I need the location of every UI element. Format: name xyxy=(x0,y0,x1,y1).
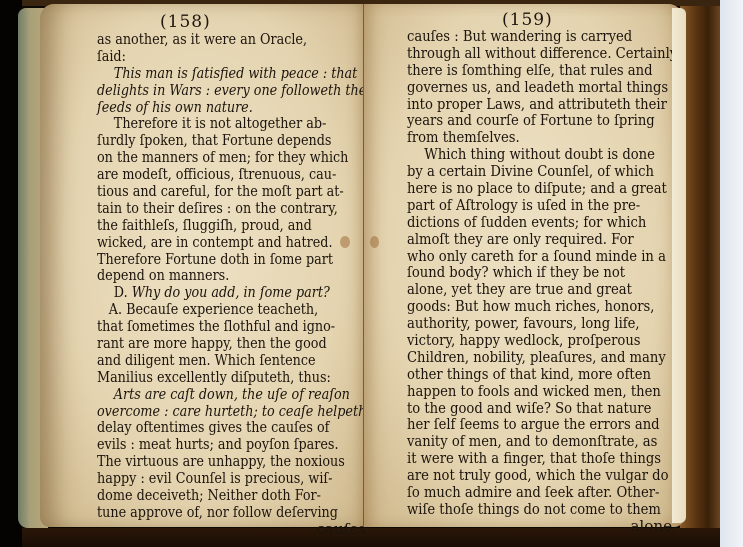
text-line: it were with a finger, that thoſe things xyxy=(407,450,677,467)
text-line: and diligent men. Which ſentence xyxy=(97,352,371,369)
text-line: ſeeds of his own nature. xyxy=(97,99,371,116)
text-line: years and courſe of Fortune to ſpring xyxy=(407,112,677,129)
right-page: (159) cauſes : But wandering is carryed … xyxy=(364,4,684,527)
text-line: ſaid: xyxy=(97,48,371,65)
text-line: into proper Laws, and attributeth their xyxy=(407,96,677,113)
text-line: there is ſomthing elſe, that rules and xyxy=(407,62,677,79)
text-line: wicked, are in contempt and hatred. xyxy=(97,234,371,251)
text-line: dome deceiveth; Neither doth For- xyxy=(97,487,371,504)
text-line: here is no place to diſpute; and a great xyxy=(407,180,677,197)
question-line: D. Why do you add, in ſome part? xyxy=(97,284,371,301)
text-line: happy : evil Counſel is precious, wiſ- xyxy=(97,470,371,487)
paper-stain xyxy=(370,236,379,248)
question-text: Why do you add, in ſome part? xyxy=(132,283,330,301)
left-page: (158) as another, as it were an Oracle, … xyxy=(40,4,365,527)
text-line: alone, yet they are true and great xyxy=(407,281,677,298)
text-line: This man is ſatisfied with peace : that xyxy=(97,65,371,82)
text-line: almoſt they are only required. For xyxy=(407,231,677,248)
text-line: The virtuous are unhappy, the noxious xyxy=(97,453,371,470)
text-line: tious and careful, for the moſt part at- xyxy=(97,183,371,200)
text-line: Therefore Fortune doth in ſome part xyxy=(97,251,371,268)
text-line: tain to their deſires : on the contrary, xyxy=(97,200,371,217)
text-line: the faithleſs, ſluggiſh, proud, and xyxy=(97,217,371,234)
text-line: by a certain Divine Counſel, of which xyxy=(407,163,677,180)
text-line: goods: But how much riches, honors, xyxy=(407,298,677,315)
text-line: tune approve of, nor follow deſerving xyxy=(97,504,371,521)
text-line: dictions of ſudden events; for which xyxy=(407,214,677,231)
text-line: on the manners of men; for they which xyxy=(97,149,371,166)
text-line: overcome : care hurteth; to ceaſe helpet… xyxy=(97,403,371,420)
text-line: who only careth for a ſound minde in a xyxy=(407,248,677,265)
text-line: victory, happy wedlock, proſperous xyxy=(407,332,677,349)
text-line: from themſelves. xyxy=(407,129,677,146)
page-fold-edge xyxy=(672,8,686,523)
text-line: through all without difference. Certainl… xyxy=(407,45,677,62)
text-line: evils : meat hurts; and poyſon ſpares. xyxy=(97,436,371,453)
text-line: that ſometimes the ſlothful and igno- xyxy=(97,318,371,335)
text-line: authority, power, favours, long life, xyxy=(407,315,677,332)
text-line: to the good and wiſe? So that nature xyxy=(407,400,677,417)
text-line: are not truly good, which the vulgar do xyxy=(407,467,677,484)
text-line: happen to fools and wicked men, then xyxy=(407,383,677,400)
text-line: delay oftentimes gives the cauſes of xyxy=(97,419,371,436)
text-line: Arts are caſt down, the uſe of reaſon xyxy=(97,386,371,403)
text-line: Children, nobility, pleaſures, and many xyxy=(407,349,677,366)
page-number: (158) xyxy=(160,12,211,32)
text-line: as another, as it were an Oracle, xyxy=(97,31,371,48)
question-label: D. xyxy=(114,283,128,301)
catchword: cauſes. xyxy=(97,521,371,538)
text-line: delights in Wars : every one followeth t… xyxy=(97,82,371,99)
text-line: vanity of men, and to demonſtrate, as xyxy=(407,433,677,450)
text-line: ſo much admire and ſeek after. Other- xyxy=(407,484,677,501)
text-line: her ſelf ſeems to argue the errors and xyxy=(407,416,677,433)
text-line: other things of that kind, more often xyxy=(407,366,677,383)
text-line: are modeſt, officious, ſtrenuous, cau- xyxy=(97,166,371,183)
text-line: depend on manners. xyxy=(97,267,371,284)
text-line: governes us, and leadeth mortal things xyxy=(407,79,677,96)
text-line: rant are more happy, then the good xyxy=(97,335,371,352)
catchword: alone, xyxy=(407,518,677,535)
text-line: A. Becauſe experience teacheth, xyxy=(97,301,371,318)
text-line: Therefore it is not altogether ab- xyxy=(97,115,371,132)
text-line: Which thing without doubt is done xyxy=(407,146,677,163)
text-line: part of Aſtrology is uſed in the pre- xyxy=(407,197,677,214)
text-line: ſurdly ſpoken, that Fortune depends xyxy=(97,132,371,149)
text-line: wiſe thoſe things do not come to them xyxy=(407,501,677,518)
text-line: ſound body? which if they be not xyxy=(407,264,677,281)
text-line: Manilius excellently diſputeth, thus: xyxy=(97,369,371,386)
text-line: cauſes : But wandering is carryed xyxy=(407,28,677,45)
